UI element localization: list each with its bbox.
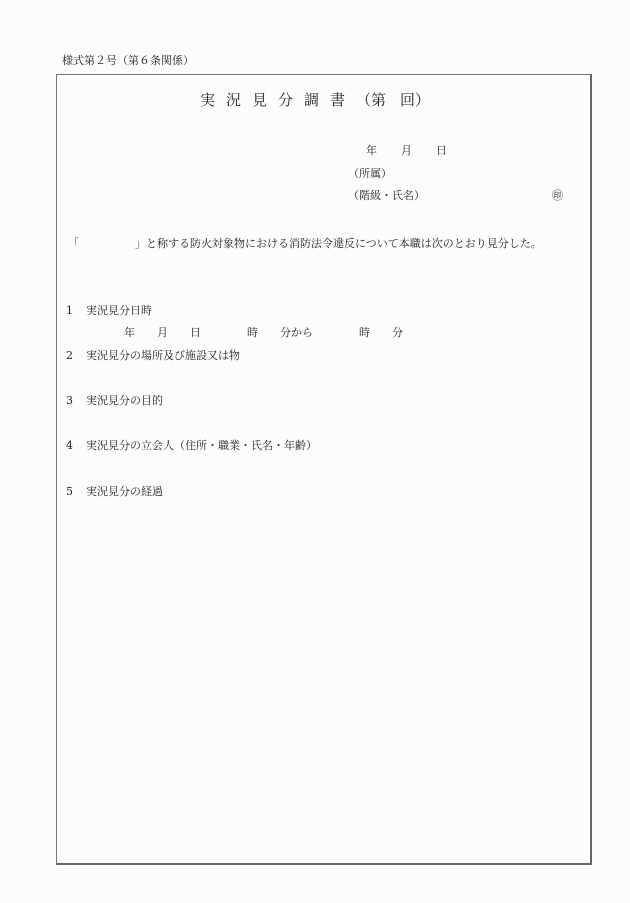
item-number: 3: [66, 394, 86, 407]
dt-year: 年: [124, 326, 135, 339]
item-number: 4: [66, 439, 86, 452]
affiliation-label: （所属）: [348, 165, 392, 181]
title-suffix-open: （第: [356, 91, 386, 109]
item-number: 5: [66, 485, 86, 498]
item-2: 2実況見分の場所及び施設又は物: [66, 347, 240, 363]
document-title: 実況見分調書（第回）: [0, 89, 630, 110]
rank-name-label: （階級・氏名）: [348, 187, 425, 203]
form-number-label: 様式第２号（第６条関係）: [62, 52, 194, 68]
item-3: 3実況見分の目的: [66, 392, 163, 408]
dt-minute-to: 分: [392, 326, 403, 339]
item-number: 1: [66, 304, 86, 317]
header-date-day: 日: [436, 142, 447, 158]
seal-mark: ㊞: [552, 187, 563, 203]
inspection-datetime-row: 年月日時分から時分: [124, 324, 403, 340]
title-main: 実況見分調書: [200, 91, 356, 109]
dt-hour-from: 時: [247, 326, 258, 339]
item-1: 1実況見分日時: [66, 302, 152, 318]
item-number: 2: [66, 349, 86, 362]
document-frame: [56, 74, 592, 865]
dt-day: 日: [190, 326, 201, 339]
intro-text: 」と称する防火対象物における消防法令違反について本職は次のとおり見分した。: [135, 237, 542, 250]
item-4: 4実況見分の立会人（住所・職業・氏名・年齢）: [66, 437, 317, 453]
header-date: 年月日: [366, 142, 447, 158]
item-label: 実況見分の目的: [86, 394, 163, 407]
intro-statement: 「」と称する防火対象物における消防法令違反について本職は次のとおり見分した。: [68, 235, 542, 251]
header-date-month: 月: [401, 142, 412, 158]
header-date-year: 年: [366, 142, 377, 158]
item-5: 5実況見分の経過: [66, 483, 163, 499]
item-label: 実況見分の経過: [86, 485, 163, 498]
dt-hour-to: 時: [359, 326, 370, 339]
dt-month: 月: [157, 326, 168, 339]
dt-minute-from: 分から: [280, 326, 313, 339]
item-label: 実況見分の立会人（住所・職業・氏名・年齢）: [86, 439, 317, 452]
title-suffix-close: 回）: [400, 91, 430, 109]
intro-open-bracket: 「: [68, 237, 79, 250]
item-label: 実況見分日時: [86, 304, 152, 317]
item-label: 実況見分の場所及び施設又は物: [86, 349, 240, 362]
